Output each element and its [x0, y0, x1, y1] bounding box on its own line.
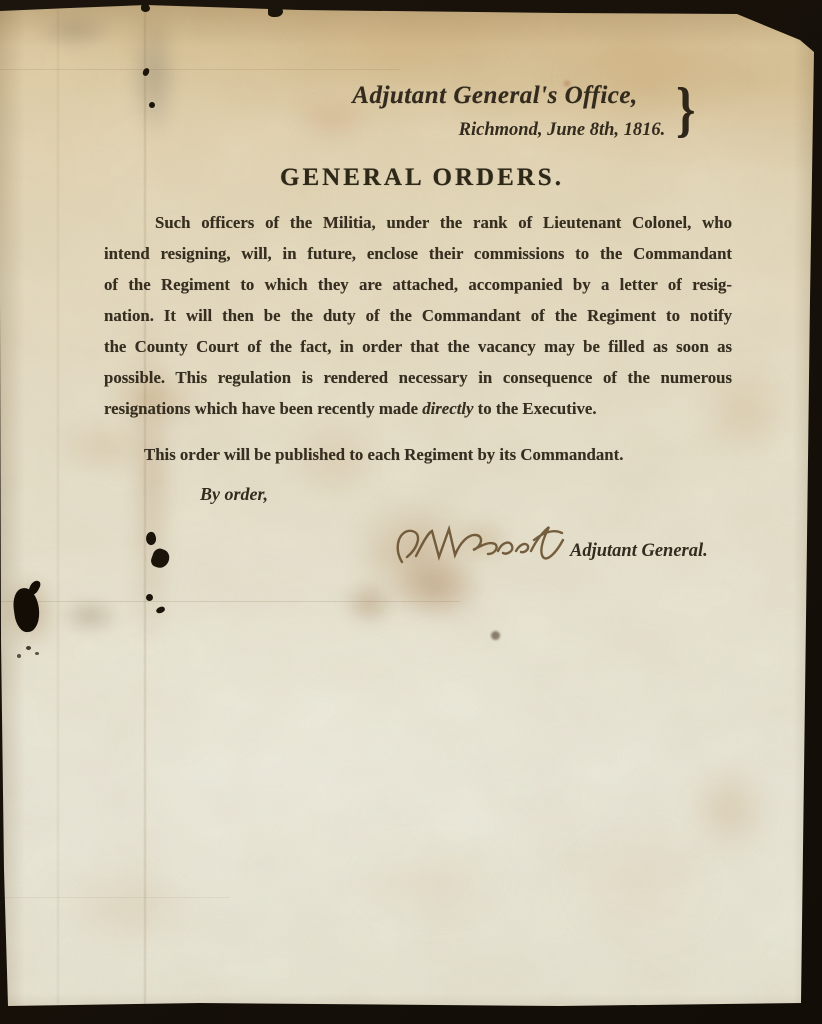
office-heading: Adjutant General's Office, [335, 82, 655, 110]
paper-hole-tail [27, 579, 42, 596]
body-line: nation. It will then be the duty of the … [104, 300, 732, 331]
ink-smear [60, 596, 120, 636]
by-order-label: By order, [200, 484, 268, 505]
ink-blot [141, 4, 150, 12]
paper-grain [0, 0, 822, 1024]
ink-blot [145, 531, 157, 546]
body-line: Such officers of the Militia, under the … [104, 207, 732, 238]
ink-speck [26, 646, 31, 650]
ink-speck [17, 654, 21, 658]
grey-smudge-top-left [38, 10, 113, 52]
stain [350, 835, 510, 930]
grey-smudge-crease [128, 8, 180, 143]
page-title: GENERAL ORDERS. [262, 164, 582, 192]
vertical-fold-crease-left [57, 9, 59, 1004]
ink-blot [149, 102, 155, 108]
ink-blot [142, 67, 150, 76]
dateline: Richmond, June 8th, 1816. [442, 120, 682, 141]
horizontal-crease-middle [0, 601, 460, 602]
stain [280, 20, 500, 90]
paper-sheet: Adjutant General's Office, Richmond, Jun… [0, 0, 822, 1024]
curly-brace: } [676, 80, 695, 141]
body-line: of the Regiment to which they are attach… [104, 269, 732, 300]
ink-blot [268, 6, 283, 17]
stain [60, 865, 190, 950]
body-line: intend resigning, will, in future, enclo… [104, 238, 732, 269]
ink-blot [146, 594, 153, 601]
ink-speck [35, 652, 39, 655]
ink-speck [491, 631, 500, 640]
paper-mottling [0, 0, 822, 1024]
ink-blot [149, 547, 171, 571]
stain [680, 760, 775, 855]
body-line: possible. This regulation is rendered ne… [104, 362, 732, 393]
stain-signature [342, 580, 397, 628]
signature-handwritten [394, 520, 566, 572]
paper-hole [11, 586, 42, 633]
horizontal-crease-top [0, 69, 400, 70]
stain [560, 820, 720, 950]
stain-hole-halo [0, 572, 58, 650]
paper-edge-shading [0, 0, 822, 1024]
publish-line: This order will be published to each Reg… [104, 439, 732, 470]
body-line: resignations which have been recently ma… [104, 393, 732, 424]
horizontal-crease-bottom [0, 897, 230, 898]
vertical-fold-crease [144, 5, 146, 1005]
signer-title: Adjutant General. [570, 541, 708, 562]
body-line: the County Court of the fact, in order t… [104, 331, 732, 362]
ink-blot [155, 606, 166, 615]
scanned-document: Adjutant General's Office, Richmond, Jun… [0, 0, 822, 1024]
body-text: Such officers of the Militia, under the … [104, 207, 732, 424]
